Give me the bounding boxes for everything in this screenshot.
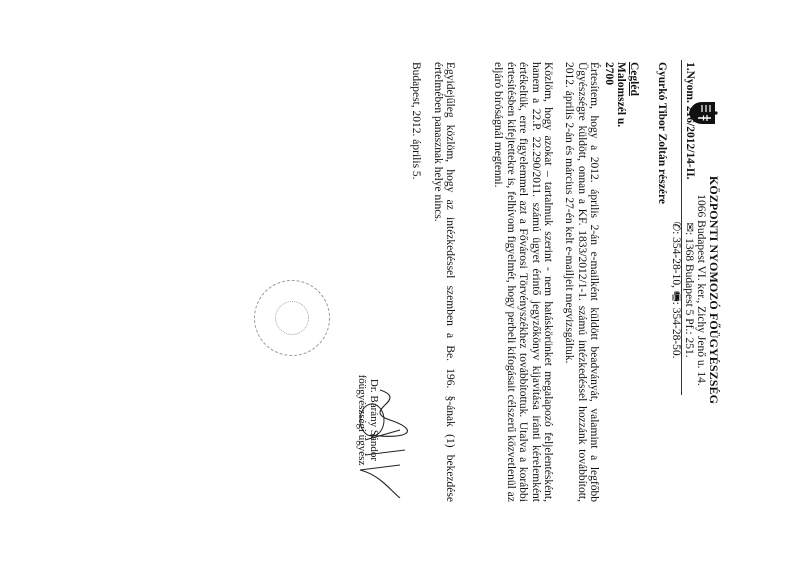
recipient-line: Gyurkó Tibor Zoltán részére xyxy=(656,62,668,204)
body-paragraph-1: Értesítem, hogy a 2012. április 2-án e-m… xyxy=(563,62,600,502)
postal-address: ✉: 1368 Budapest 5 Pf.: 251. xyxy=(683,140,696,440)
recipient-city: Cegléd xyxy=(628,62,641,127)
recipient-address: Cegléd Malomszél u. 2700 xyxy=(603,62,641,127)
date-line: Budapest, 2012. április 5. xyxy=(410,62,422,180)
body-paragraph-3: Egyidejűleg közlöm, hogy az intézkedésse… xyxy=(431,62,456,502)
organization-name: KÖZPONTI NYOMOZÓ FŐÜGYÉSZSÉG xyxy=(708,140,721,440)
recipient-postcode: 2700 xyxy=(603,62,616,127)
header-divider xyxy=(681,60,682,395)
reference-number: 1.Nyom. 216/2012/14-II. xyxy=(684,62,696,180)
signatory-name: Dr. Bárány Sándor xyxy=(368,365,380,475)
signatory-title: főügyészségi ügyész xyxy=(356,365,368,475)
official-seal-icon xyxy=(254,280,330,356)
signature-block: Dr. Bárány Sándor főügyészségi ügyész xyxy=(356,365,380,475)
document-page: KÖZPONTI NYOMOZÓ FŐÜGYÉSZSÉG 1066 Budape… xyxy=(0,0,800,562)
organization-address: 1066 Budapest VI. ker., Zichy Jenő u. 14… xyxy=(695,140,708,440)
seal-center xyxy=(275,301,309,335)
body-paragraph-2: Közlöm, hogy azokat – tartalmuk szerint … xyxy=(492,62,554,502)
recipient-street: Malomszél u. xyxy=(615,62,628,127)
letterhead: KÖZPONTI NYOMOZÓ FŐÜGYÉSZSÉG 1066 Budape… xyxy=(670,140,720,440)
envelope-icon: ✉ xyxy=(683,222,695,232)
